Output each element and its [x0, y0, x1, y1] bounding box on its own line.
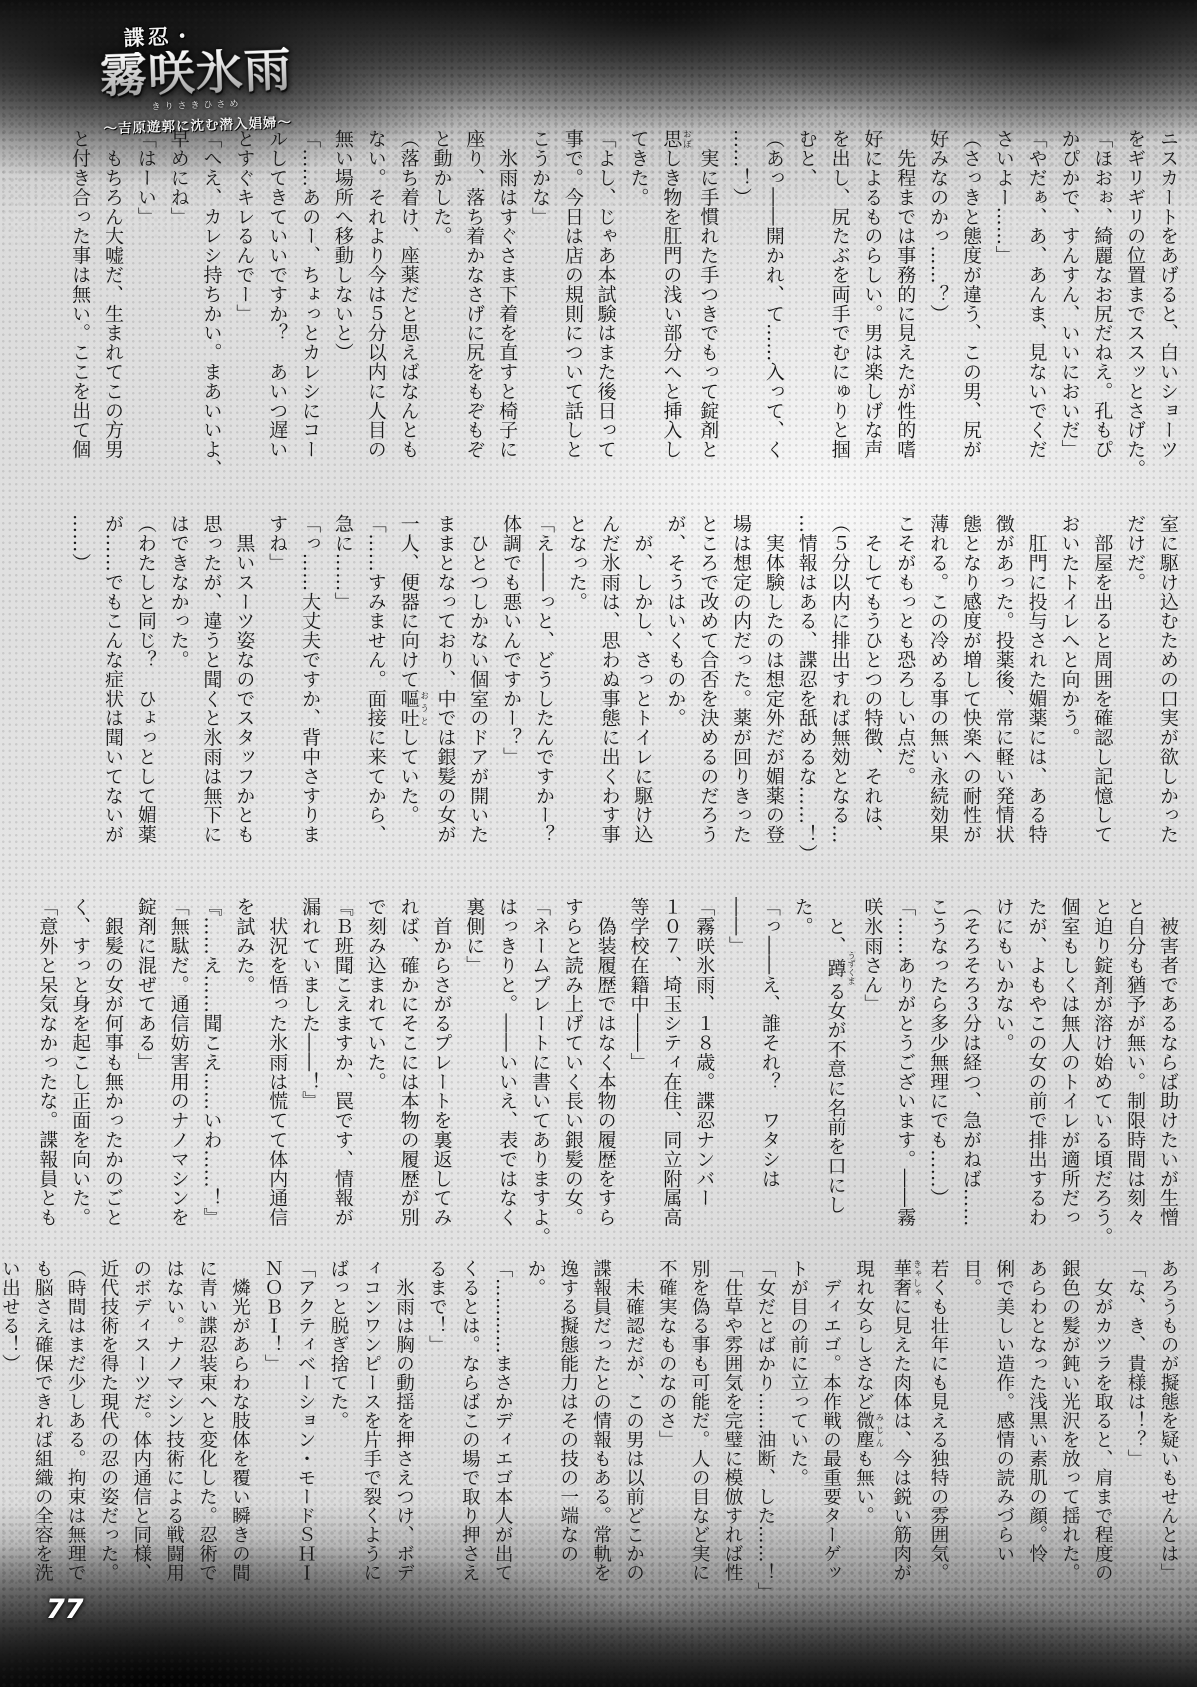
text-column: 体調でも悪いんですかー？」 [494, 514, 527, 871]
text-column: 「やだぁ、あ、あんま、見ないでくだ [1020, 129, 1053, 486]
text-column: 「アクティベーション・モードＳＨＩ [288, 1259, 321, 1597]
text-column: く、すっと身を起こし正面を向いた。 [63, 897, 96, 1249]
text-column: 肛門に投与された媚薬には、ある特 [1020, 514, 1053, 871]
text-column: れば、確かにそこには本物の履歴が別 [392, 897, 425, 1249]
text-column: 「ほおぉ、綺麗なお尻だねえ。孔もぴ [1085, 129, 1118, 486]
text-column: ままとなっており、中では銀髪の女が [429, 514, 462, 871]
text-column: 態となり感度が増して快楽への耐性が [954, 514, 987, 871]
text-column: はできなかった。 [162, 514, 195, 871]
text-column: が、そうはいくものか。 [659, 514, 692, 871]
text-column: 「……ありがとうございます。――霧 [888, 897, 921, 1249]
text-column: をギリギリの位置までススッとさげた。 [1118, 129, 1151, 486]
text-column: 思おぼしき物を肛門の浅い部分へと挿入し [655, 129, 692, 486]
text-column: 「ネームプレートに書いてありますよ。 [523, 897, 556, 1249]
text-column: はない。ナノマシン技術による戦闘用 [157, 1259, 190, 1597]
text-column: （あっ――開かれ、て……入って、く [757, 129, 790, 486]
text-column: 「っ……大丈夫ですか、背中さすりま [293, 514, 326, 871]
text-column: ない。それより今は５分以内に人目の [359, 129, 392, 486]
text-column: 諜報員だったとの情報もある。常軌を [584, 1259, 617, 1597]
text-column: 部屋を出ると周囲を確認し記憶して [1085, 514, 1118, 871]
text-column: るまで！」 [420, 1259, 453, 1597]
text-column: ニスカートをあげると、白いショーツ [1151, 129, 1184, 486]
text-column: 「……あのー、ちょっとカレシにコー [293, 129, 326, 486]
text-column: 等学校在籍中――」 [622, 897, 655, 1249]
text-column: トが目の前に立っていた。 [781, 1259, 814, 1597]
text-column: 現れ女らしさなど微塵みじんも無い。 [847, 1259, 884, 1597]
text-column: が……でもこんな症状は聞いてないが [96, 514, 129, 871]
text-section-2: 室に駆け込むための口実が欲しかっただけだ。 部屋を出ると周囲を確認し記憶しておい… [64, 514, 1184, 871]
text-column: 「へえ、カレシ持ちかい。まあいいよ、 [195, 129, 228, 486]
series-logo: 諜忍・ 霧咲氷雨 きりさきひさめ ～吉原遊郭に沈む潜入娼婦～ [54, 15, 338, 139]
text-column: ひとつしかない個室のドアが開いた [461, 514, 494, 871]
text-column: さいよー……」 [987, 129, 1020, 486]
text-column: そしてもうひとつの特徴、それは、 [856, 514, 889, 871]
text-column: 座り、落ち着かなさげに尻をもぞもぞ [457, 129, 490, 486]
text-column: けにもいかない。 [987, 897, 1020, 1249]
text-column: 女がカツラを取ると、肩まで程度の [1085, 1259, 1118, 1597]
text-column: 別を偽る事も可能だ。人の目など実に [682, 1259, 715, 1597]
text-column: あろうものが擬態を疑いもせんとは」 [1151, 1259, 1184, 1597]
logo-title: 霧咲氷雨 [55, 45, 336, 102]
text-column: 燐光があらわな肢体を覆い瞬きの間 [223, 1259, 256, 1597]
text-column: 「っ――え、誰それ？ ワタシは [753, 897, 786, 1249]
text-column: 錠剤に混ぜてある」 [129, 897, 162, 1249]
text-column: 「女だとばかり……油断、した……！」 [748, 1259, 781, 1597]
text-column: （そろそろ３分は経つ、急がねば…… [954, 897, 987, 1249]
text-column: 状況を悟った氷雨は慌てて体内通信 [260, 897, 293, 1249]
text-column: 徴があった。投薬後、常に軽い発情状 [987, 514, 1020, 871]
text-column: かぴかで、すんすん、いいにおいだ」 [1053, 129, 1086, 486]
text-column: …情報はある、諜忍を舐めるな……！） [790, 514, 823, 871]
text-column: 俐で美しい造作。感情の読みづらい目。 [954, 1259, 1020, 1597]
text-column: 首からさがるプレートを裏返してみ [425, 897, 458, 1249]
text-column: に青い諜忍装束へと変化した。忍術で [190, 1259, 223, 1597]
text-column: 「……すみません。面接に来てから、 [359, 514, 392, 871]
text-column: 裏側に」 [457, 897, 490, 1249]
text-column: （さっきと態度が違う、この男、尻が [954, 129, 987, 486]
text-section-4: あろうものが擬態を疑いもせんとは」「な、き、貴様は！？」 女がカツラを取ると、肩… [64, 1259, 1184, 1597]
text-section-3: 被害者であるならば助けたいが生憎と自分も猶予が無い。制限時間は刻々と迫り錠剤が溶… [64, 897, 1184, 1249]
text-column: 偽装履歴ではなく本物の履歴をすら [589, 897, 622, 1249]
text-column: むと、 [790, 129, 823, 486]
text-column: を出し、尻たぶを両手でむにゅりと掴 [823, 129, 856, 486]
text-column: 漏れていました――！』 [293, 897, 326, 1249]
text-column: はっきりと。――いいえ、表ではなく [490, 897, 523, 1249]
text-column: 「はーい」 [129, 129, 162, 486]
text-column: 「霧咲氷雨、１８歳。諜忍ナンバー [687, 897, 720, 1249]
text-column: 『Ｂ班聞こえますか、罠です、情報が [326, 897, 359, 1249]
page-number: 77 [46, 1594, 84, 1625]
text-column: ＮＯＢＩ！」 [255, 1259, 288, 1597]
text-column: 不確実なものなのさ」 [650, 1259, 683, 1597]
text-column: １０７、埼玉シティ在住、同立附属高 [655, 897, 688, 1249]
text-column: 咲氷雨さん」 [856, 897, 889, 1249]
text-column: 早めにね」 [162, 129, 195, 486]
text-column: 氷雨はすぐさま下着を直すと椅子に [490, 129, 523, 486]
text-column: こうかな」 [523, 129, 556, 486]
text-column: い出せる！） [0, 1259, 25, 1597]
text-column: 黒いスーツ姿なのでスタッフかとも [228, 514, 261, 871]
text-column: 『……え……聞こえ……いわ……！』 [195, 897, 228, 1249]
text-column: と自分も猶予が無い。制限時間は刻々 [1118, 897, 1151, 1249]
text-column: 無い場所へ移動しないと） [326, 129, 359, 486]
text-column: あらわとなった浅黒い素肌の顔。怜 [1020, 1259, 1053, 1597]
text-column: 薄れる。この冷める事の無い永続効果 [921, 514, 954, 871]
text-column: （時間はまだ少しある。拘束は無理で [58, 1259, 91, 1597]
text-column: おいたトイレへと向かう。 [1053, 514, 1086, 871]
text-column: 室に駆け込むための口実が欲しかった [1151, 514, 1184, 871]
text-column: 事で。今日は店の規則について話しと [556, 129, 589, 486]
text-column: 急に……」 [326, 514, 359, 871]
text-column: と、蹲うずくまる女が不意に名前を口にした。 [786, 897, 856, 1249]
text-column: んだ氷雨は、思わぬ事態に出くわす事 [593, 514, 626, 871]
text-column: たが、よもやこの女の前で排出するわ [1020, 897, 1053, 1249]
text-column: で刻み込まれていた。 [359, 897, 392, 1249]
text-column: ……） [63, 514, 96, 871]
text-column: 一人、便器に向けて嘔吐おうとしていた。 [392, 514, 429, 871]
text-column: 若くも壮年にも見える独特の雰囲気。 [921, 1259, 954, 1597]
text-column: 思ったが、違うと聞くと氷雨は無下に [195, 514, 228, 871]
text-column: 実に手慣れた手つきでもって錠剤と [691, 129, 724, 486]
text-column: とすぐキレるんでー」 [228, 129, 261, 486]
text-column: と動かした。 [425, 129, 458, 486]
text-column: となった。 [560, 514, 593, 871]
text-column: 氷雨は胸の動揺を押さえつけ、ボデ [387, 1259, 420, 1597]
text-column: 「え――っと、どうしたんですかー？ [527, 514, 560, 871]
text-column: ディエゴ。本作戦の最重要ターゲッ [814, 1259, 847, 1597]
text-column: 実体験したのは想定外だが媚薬の登 [757, 514, 790, 871]
text-column: だけだ。 [1118, 514, 1151, 871]
text-column: ルしてきていいですか？ あいつ遅い [260, 129, 293, 486]
text-column: 「無駄だ。通信妨害用のナノマシンを [162, 897, 195, 1249]
text-column: 「…………まさかディエゴ本人が出て [485, 1259, 518, 1597]
text-column: ところで改めて合否を決めるのだろう [691, 514, 724, 871]
text-column: のボディスーツだ。体内通信と同様、 [124, 1259, 157, 1597]
text-column: ……！） [724, 129, 757, 486]
text-column: 好によるものらしい。男は楽しげな声 [856, 129, 889, 486]
text-column: 逸する擬態能力はその技の一端なのか。 [518, 1259, 584, 1597]
text-column: すらと読み上げていく長い銀髪の女。 [556, 897, 589, 1249]
text-column: てきた。 [622, 129, 655, 486]
text-column: すね」 [260, 514, 293, 871]
text-column: 「な、き、貴様は！？」 [1118, 1259, 1151, 1597]
text-column: もちろん大嘘だ、生まれてこの方男 [96, 129, 129, 486]
text-column: （５分以内に排出すれば無効となる… [823, 514, 856, 871]
text-column: 「意外と呆気なかったな。諜報員とも [30, 897, 63, 1249]
text-column: 被害者であるならば助けたいが生憎 [1151, 897, 1184, 1249]
text-column: を試みた。 [228, 897, 261, 1249]
text-column: ィコンワンピースを片手で裂くように [354, 1259, 387, 1597]
text-column: も脳さえ確保できれば組織の全容を洗 [25, 1259, 58, 1597]
text-column: 「よし、じゃあ本試験はまた後日って [589, 129, 622, 486]
text-column: 先程までは事務的に見えたが性的嗜 [888, 129, 921, 486]
text-column: 未確認だが、この男は以前どこかの [617, 1259, 650, 1597]
text-column: ばっと脱ぎ捨てた。 [321, 1259, 354, 1597]
text-column: 個室もしくは無人のトイレが適所だっ [1053, 897, 1086, 1249]
text-column: 銀髪の女が何事も無かったかのごと [96, 897, 129, 1249]
text-column: 銀色の髪が鈍い光沢を放って揺れた。 [1053, 1259, 1086, 1597]
text-column: こそがもっとも恐ろしい点だ。 [888, 514, 921, 871]
text-column: 「仕草や雰囲気を完璧に模倣すれば性 [715, 1259, 748, 1597]
text-column: 近代技術を得た現代の忍の姿だった。 [91, 1259, 124, 1597]
text-column: が、しかし、さっとトイレに駆け込 [626, 514, 659, 871]
text-column: 好みなのかっ……？） [921, 129, 954, 486]
text-column: こうなったら多少無理にでも……） [921, 897, 954, 1249]
text-section-1: ニスカートをあげると、白いショーツをギリギリの位置までススッとさげた。「ほおぉ、… [64, 129, 1184, 486]
text-column: （わたしと同じ？ ひょっとして媚薬 [129, 514, 162, 871]
text-column: ――」 [720, 897, 753, 1249]
novel-page: 諜忍・ 霧咲氷雨 きりさきひさめ ～吉原遊郭に沈む潜入娼婦～ ニスカートをあげる… [0, 0, 1197, 1687]
text-column: と迫り錠剤が溶け始めている頃だろう。 [1085, 897, 1118, 1249]
text-column: くるとは。ならばこの場で取り押さえ [452, 1259, 485, 1597]
text-column: 華奢きゃしゃに見えた肉体は、今は鋭い筋肉が [884, 1259, 921, 1597]
text-column: （落ち着け、座薬だと思えばなんとも [392, 129, 425, 486]
text-column: 場は想定の内だった。薬が回りきった [724, 514, 757, 871]
text-column: と付き合った事は無い。ここを出て個 [63, 129, 96, 486]
